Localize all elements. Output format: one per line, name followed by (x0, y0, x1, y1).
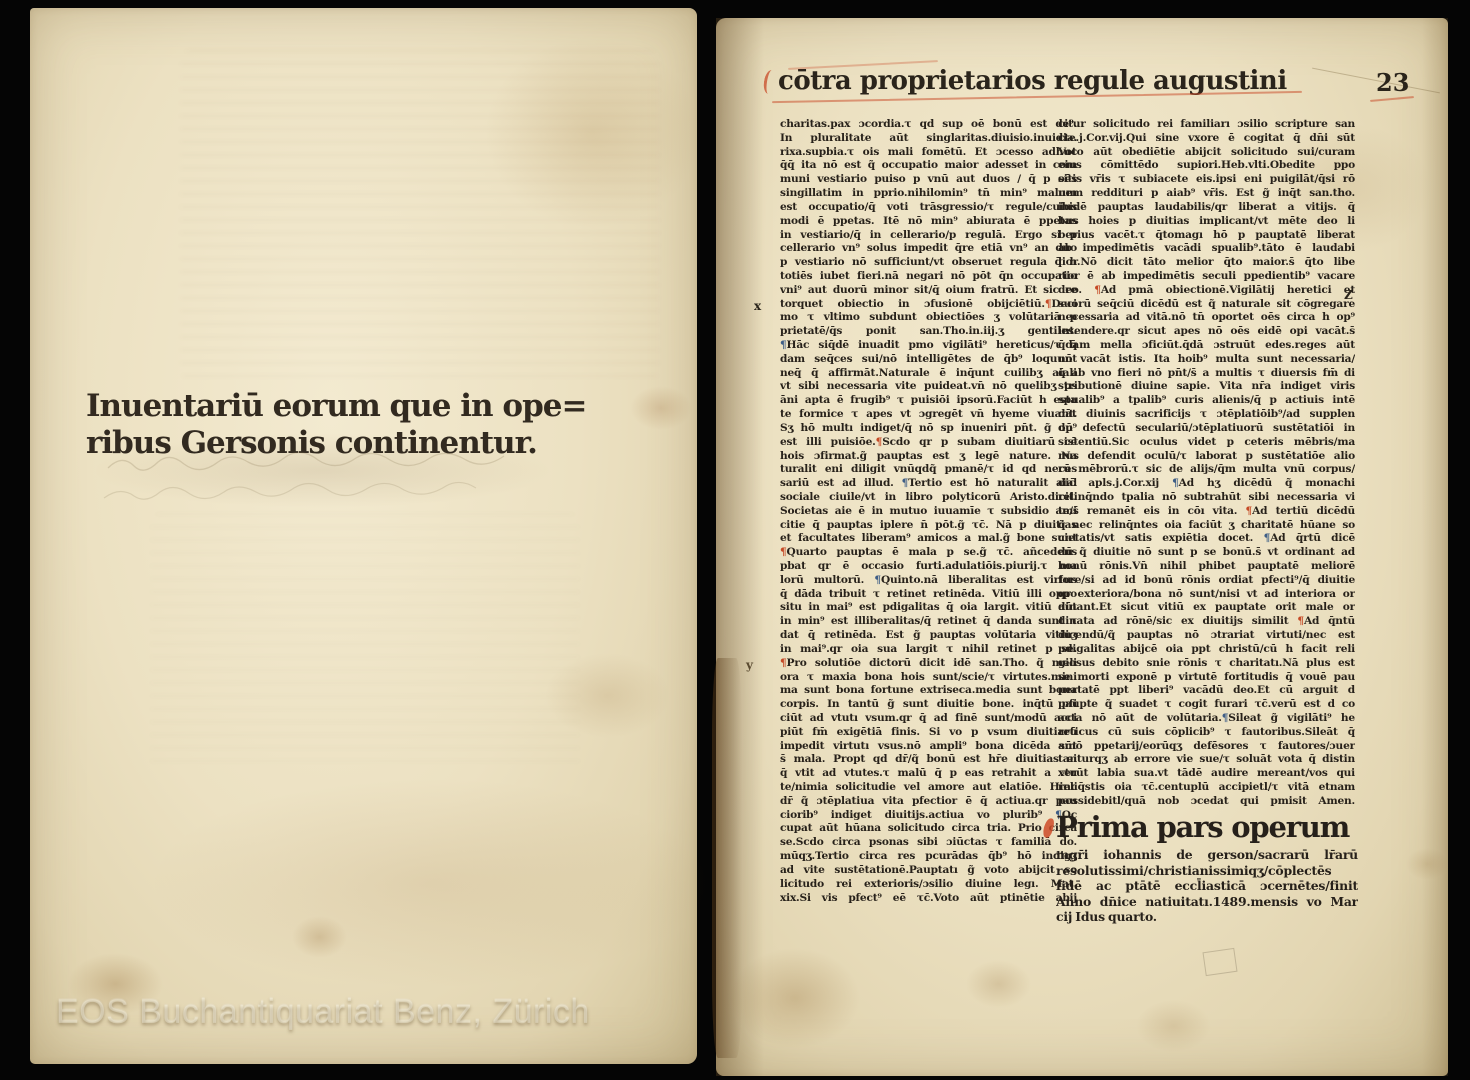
text-line: nō vacāt istis. Ita hoib⁹ multa sunt nec… (1058, 353, 1355, 367)
text-line: cte.j.Cor.vij.Qui sine vxore ē cogitat q… (1058, 132, 1355, 146)
text-line: ¶Pro solutiōe dictorū dicit idē san.Tho.… (780, 657, 1077, 671)
text-line: lior.Nō dicit tāto melior q̄to maior.s̄ … (1058, 256, 1355, 270)
stain (966, 960, 1031, 1008)
text-line: est occupatio/q̄ voti trāsgressio/τ regu… (780, 201, 1077, 215)
text-column-left: charitas.pax ɔcordia.τ qd̄ sup oē bonū e… (780, 118, 1077, 907)
text-line: prietatē/q̄s ponit san.Tho.in.iij.ʒ gent… (780, 325, 1077, 339)
text-line: sociale ciuile/vt in libro polyticorū Ar… (780, 491, 1077, 505)
text-line: ciorib⁹ indiget̄ diuitijs.actiua vo plur… (780, 809, 1077, 823)
text-line: se.Scd̄o circa psonas sibi ɔiūctas τ fam… (780, 836, 1077, 850)
folio-number: 23 (1376, 68, 1409, 97)
pilcrow-red: ¶ (1246, 505, 1253, 517)
text-line: Anno dn̄ice natiuitatı.1489.mensis vo Ma… (1056, 894, 1358, 910)
text-line: q̄ vtit̄ ad vtutes.τ malū q̄ p eas retra… (780, 767, 1077, 781)
text-line: dicendū/q̃ pauptas nō ɔtrariat̄ virtuti/… (1058, 629, 1355, 643)
text-line: pbat̄ qr ē occasio furti.adulatiōis.piur… (780, 560, 1077, 574)
text-line: hois ɔfirmat̄.g̃ pauptas est ʒ legē natu… (780, 450, 1077, 464)
text-line: stributionē diuine sapie. Vita nr̄a indi… (1058, 380, 1355, 394)
text-line: deo. ¶Ad pmā obiectionē.Vigilātij hereti… (1058, 284, 1355, 298)
text-line: possidebitl/quā nob ɔcedat qui pmisit Am… (1058, 795, 1355, 809)
text-line: suorū seq̄ciū dicēdū est q̃ naturale sit… (1058, 298, 1355, 312)
pilcrow-blue: ¶ (874, 574, 881, 586)
text-line: muni vestiario puiso p vnū aut duos / q̄… (780, 173, 1077, 187)
rubric-mark (762, 69, 778, 95)
text-line: totiēs iubet fieri.nā negari nō pōt q̄n … (780, 270, 1077, 284)
text-line: vni⁹ aut duorū minor sit/q̄ oium fratrū.… (780, 284, 1077, 298)
text-line: dr̄ q̃ ɔtēplatiua vita pfectior ē q̄ act… (780, 795, 1077, 809)
text-line: āni apta ē frugib⁹ τ puisiōi ipsorū.Faci… (780, 394, 1077, 408)
text-line: ¶Hāc siq̄dē inuadit pmo vigilāti⁹ hereti… (780, 339, 1077, 353)
margin-mark: x (754, 299, 761, 313)
text-line: ciūt ad vtutı vsum.qr q̄ ad finē sunt/mo… (780, 712, 1077, 726)
text-line: fidē ac ptātē eccl̄iasticā ɔcernētes/fin… (1056, 878, 1358, 894)
text-line: In pluralitate aūt singl̄aritas.diuisio.… (780, 132, 1077, 146)
text-line: bonū rōnis.Vn̄ nihil phibet pauptatē mel… (1058, 560, 1355, 574)
watermark: EOS Buchantiquariat Benz, Zürich (56, 993, 676, 1032)
text-line: sariū est ad illud. ¶Tertio est hō natur… (780, 477, 1077, 491)
text-line: dāt diuinis sacrificijs τ ɔtēplatiōib⁹/a… (1058, 408, 1355, 422)
colophon-heading: Prima pars operum (1056, 810, 1358, 844)
text-line: ¶Quarto pauptas ē mala p se.g̃ τc̄. añce… (780, 546, 1077, 560)
text-column-right: citur solicitudo rei familiarı ɔsilio sc… (1058, 118, 1355, 809)
text-line: cellerario vn⁹ solus impedit̄ q̄re etiā … (780, 242, 1077, 256)
gutter-shadow (716, 18, 764, 1076)
text-line: neq̄ q̄ affirmāt.Naturale ē inq̄unt cuil… (780, 367, 1077, 381)
pencil-mark (1202, 948, 1237, 976)
pilcrow-blue: ¶ (1172, 477, 1179, 489)
text-line: cij Idus quarto. (1056, 909, 1358, 925)
pilcrow-blue: ¶ (1264, 532, 1271, 544)
pilcrow-red: ¶ (780, 546, 787, 558)
text-line: nus defendit oculū/τ laborat p sustētati… (1058, 450, 1355, 464)
stain (292, 916, 347, 958)
text-line: ora τ maxia bona hois sunt/scie/τ virtut… (780, 671, 1077, 685)
text-line: fore/si ad id bonū rōnis ordiat̄ pfecti⁹… (1058, 574, 1355, 588)
text-line: torquet̄ obiectio in ɔfusionē obijciētiū… (780, 298, 1077, 312)
text-line: relinq̄ndo tpalia nō subtrahūt sibi nece… (1058, 491, 1355, 505)
text-line: acta nō aūt de volūtaria.¶Sileat g̃ vigi… (1058, 712, 1355, 726)
text-line: dam seq̄ces sui/nō intelligētes de q̄b⁹ … (780, 353, 1077, 367)
text-line: dic̄ apl̄s.j.Cor.xij ¶Ad h̄ʒ dicēdū q̃ m… (1058, 477, 1355, 491)
stain (150, 778, 710, 988)
stain (1136, 1000, 1211, 1052)
text-line: in mai⁹.qr oia sua largit̄ τ nihil retin… (780, 643, 1077, 657)
pilcrow-red: ¶ (780, 657, 787, 669)
text-line: q̄q̄ ita nō est q̃ occupatio maior adess… (780, 159, 1077, 173)
pilcrow-blue: ¶ (902, 477, 909, 489)
text-line: s̄ mala. Propt̄ qd̄ dr̄/q̃ bonū est hr̄e… (780, 753, 1077, 767)
stain (545, 653, 670, 738)
text-line: tanturqʒ ab errore vie sue/τ soluāt vota… (1058, 753, 1355, 767)
text-line: q̃ nec relinq̄ntes oia faciūt ʒ charitat… (1058, 519, 1355, 533)
text-line: Societas aie ē in mutuo iuuamīe τ subsid… (780, 505, 1077, 519)
text-line: paupte q̃ suadet τ cogit furari τc̄.verū… (1058, 698, 1355, 712)
margin-mark: y (746, 658, 753, 672)
pilcrow-red: ¶ (876, 436, 883, 448)
text-line: dū q̃ diuitie nō sunt p se bonū.s̄ vt or… (1058, 546, 1355, 560)
text-line: q̄dam mella ɔficiūt.q̄dā ɔstruūt edes.re… (1058, 339, 1355, 353)
margin-mark: Z (1344, 288, 1353, 302)
pilcrow-red: ¶ (1297, 615, 1304, 627)
text-line: rior ē ab impedimētis seculi ppedientib⁹… (1058, 270, 1355, 284)
text-line: se morti exponē p virtutē fortitudis q̄ … (1058, 671, 1355, 685)
text-line: sitis vr̄is τ subiacete eis.ipsi eni pui… (1058, 173, 1355, 187)
text-line: singillatim in pprio.nihilomin⁹ tn̄ min⁹… (780, 187, 1077, 201)
text-line: ma sunt bona fortune extriseca.media sun… (780, 684, 1077, 698)
text-line: pdigalitas abijcē oia ppt̄ christū/cū h̄… (1058, 643, 1355, 657)
text-line: lorū multorū. ¶Quinto.nā liberalitas est… (780, 574, 1077, 588)
text-line: dat q̄ retinēda. Est g̃ pauptas volūtari… (780, 629, 1077, 643)
text-line: modi ē ppetas. Itē nō min⁹ abiurata ē pp… (780, 215, 1077, 229)
text-line: intendere.qr sicut apes nō oēs eidē opi … (1058, 325, 1355, 339)
text-line: eius cōmittēdo supiori.Heb.vlti.Obedite … (1058, 159, 1355, 173)
text-line: citie q̄ pauptas iplere n̄ pōt.g̃ τc̄. N… (780, 519, 1077, 533)
text-line: necessaria ad vitā.nō tn̄ oportet oēs ci… (1058, 311, 1355, 325)
text-line: cietatis/vt satis expiētia docet. ¶Ad q̄… (1058, 532, 1355, 546)
text-line: reliq̄stis oia τc̄.centuplū accipietl/τ … (1058, 781, 1355, 795)
pilcrow-blue: ¶ (1222, 712, 1229, 724)
text-line: dū defectū seculariū/ɔtēplatiuorū sustēt… (1058, 422, 1355, 436)
text-line: reticus cū suis cōplicib⁹ τ fautoribus.S… (1058, 726, 1355, 740)
text-line: nem reddituri p aiab⁹ vr̄is. Est g̃ inq̄… (1058, 187, 1355, 201)
text-line: Sʒ hō multı indiget/q̄ nō sp inueniri pn… (780, 422, 1077, 436)
text-line: te/s̄ remanēt eis in cōı vita. ¶Ad terti… (1058, 505, 1355, 519)
stain (485, 38, 700, 228)
text-line: rū mēbrorū.τ sic de alijs/q̄m multa vnū … (1058, 463, 1355, 477)
text-line: charitas.pax ɔcordia.τ qd̄ sup oē bonū e… (780, 118, 1077, 132)
text-line: vt sibi necessaria vite puideat.vn̄ nō q… (780, 380, 1077, 394)
text-line: bus hoies p diuitias implicant̄/vt mēte … (1058, 215, 1355, 229)
text-line: piūt fm̄ exigētiā finis. Si vo p vsum di… (780, 726, 1077, 740)
text-line: qr exteriora/bona nō sunt/nisi vt ad int… (1058, 588, 1355, 602)
handwritten-annotation (98, 446, 568, 516)
text-line: giosus debito snie rōnis τ charitatı.Nā … (1058, 657, 1355, 671)
text-line: resolutissimi/christianissimiqʒ/cōplectē… (1056, 863, 1358, 879)
text-line: dinata ad rōnē/sic ex diuitijs similit̄ … (1058, 615, 1355, 629)
text-line: situ in mai⁹ est pdigalitas q̄ oia largi… (780, 601, 1077, 615)
left-page: Inuentariū eorum que in ope= ribus Gerso… (30, 8, 697, 1064)
text-line: ad vite sustētationē.Pauptatı g̃ voto ab… (780, 864, 1077, 878)
text-line: mo τ vltimo subdunt̄ obiectiōes ʒ volūta… (780, 311, 1077, 325)
running-header: cōtra proprietarios regule augustini 23 (778, 66, 1428, 106)
text-line: est illi puisiōe.¶Scd̄o qr p subam diuit… (780, 436, 1077, 450)
text-line: q̄ dāda tribuit τ retinet retinēda. Viti… (780, 588, 1077, 602)
text-line: corpis. In tantū g̃ sunt diuitie bone. i… (780, 698, 1077, 712)
text-line: te formice τ apes vt ɔgregēt vn̄ hyeme v… (780, 408, 1077, 422)
text-line: cupat̄ aūt hūana solicitudo circa tria. … (780, 822, 1077, 836)
text-line: sistentiū.Sic oculus videt p ceteris mēb… (1058, 436, 1355, 450)
text-line: citur solicitudo rei familiarı ɔsilio sc… (1058, 118, 1355, 132)
pilcrow-blue: ¶ (780, 339, 787, 351)
photo-background: Inuentariū eorum que in ope= ribus Gerso… (0, 0, 1470, 1080)
pilcrow-red: ¶ (1094, 284, 1101, 296)
text-line: ibidē pauptas laudabilis/qr liberat a vi… (1058, 201, 1355, 215)
text-line: pertatē ppt̄ liberi⁹ vacādū deo.Et cū ar… (1058, 684, 1355, 698)
inventory-title-line1: Inuentariū eorum que in ope= (86, 388, 646, 425)
text-line: p vestiario nō sufficiunt/vt obseruet̄ r… (780, 256, 1077, 270)
right-page: cōtra proprietarios regule augustini 23 … (716, 18, 1448, 1076)
colophon: Prima pars operum mgr̄i iohannis de gers… (1056, 810, 1358, 925)
text-line: xix.Si vis pfect⁹ eē τc̄.Voto aūt ptinēt… (780, 892, 1077, 906)
header-title: cōtra proprietarios regule augustini (778, 66, 1287, 96)
text-line: q̄ ab vno fieri nō pn̄t/s̄ a multis τ di… (1058, 367, 1355, 381)
text-line: et facultates liberam⁹ amicos a mal̄.g̃ … (780, 532, 1077, 546)
pilcrow-red: ¶ (1045, 298, 1052, 310)
text-line: amō ppetarij/eorūqʒ defēsores τ fautores… (1058, 740, 1355, 754)
text-line: dinant̄.Et sicut vitiū ex pauptate orit̄… (1058, 601, 1355, 615)
text-line: berius vacēt.τ q̄tomagı hō p pauptatē li… (1058, 229, 1355, 243)
text-line: te/nimia solicitudie vel amore aut elati… (780, 781, 1077, 795)
text-line: impedit̄ virtutı vsus.nō ampli⁹ bona dic… (780, 740, 1077, 754)
text-line: mūqʒ.Tertio circa res pcurādas q̄b⁹ hō i… (780, 850, 1077, 864)
text-line: ab impedimētis vacādi spualib⁹.tāto ē la… (1058, 242, 1355, 256)
text-line: xerūt labia sua.vt tādē audire mereant̄/… (1058, 767, 1355, 781)
text-line: in vestiario/q̄ in cellerario/p regulā. … (780, 229, 1077, 243)
text-line: licitudo rei exterioris/ɔsilio diuine le… (780, 878, 1077, 892)
text-line: mgr̄i iohannis de gerson/sacrarū lr̄arū … (1056, 847, 1358, 863)
text-line: spualib⁹ a tpalib⁹ curis alienis/q̄ p ac… (1058, 394, 1355, 408)
text-line: Voto aūt obediētie abijcit̄ solicitudo s… (1058, 146, 1355, 160)
page-edge-shadow (1422, 18, 1448, 1076)
bleedthrough-text-ghost (180, 50, 660, 380)
text-line: turalit̄ eni diligit vnūqd̄q̃ pmanē/τ id… (780, 463, 1077, 477)
colophon-text: mgr̄i iohannis de gerson/sacrarū lr̄arū … (1056, 847, 1358, 925)
bleedthrough-text-ghost (150, 513, 580, 773)
text-line: rixa.supbia.τ ois mali fomētū. Et ɔcesso… (780, 146, 1077, 160)
text-line: in min⁹ est illiberalitas/q̄ retinet q̄ … (780, 615, 1077, 629)
